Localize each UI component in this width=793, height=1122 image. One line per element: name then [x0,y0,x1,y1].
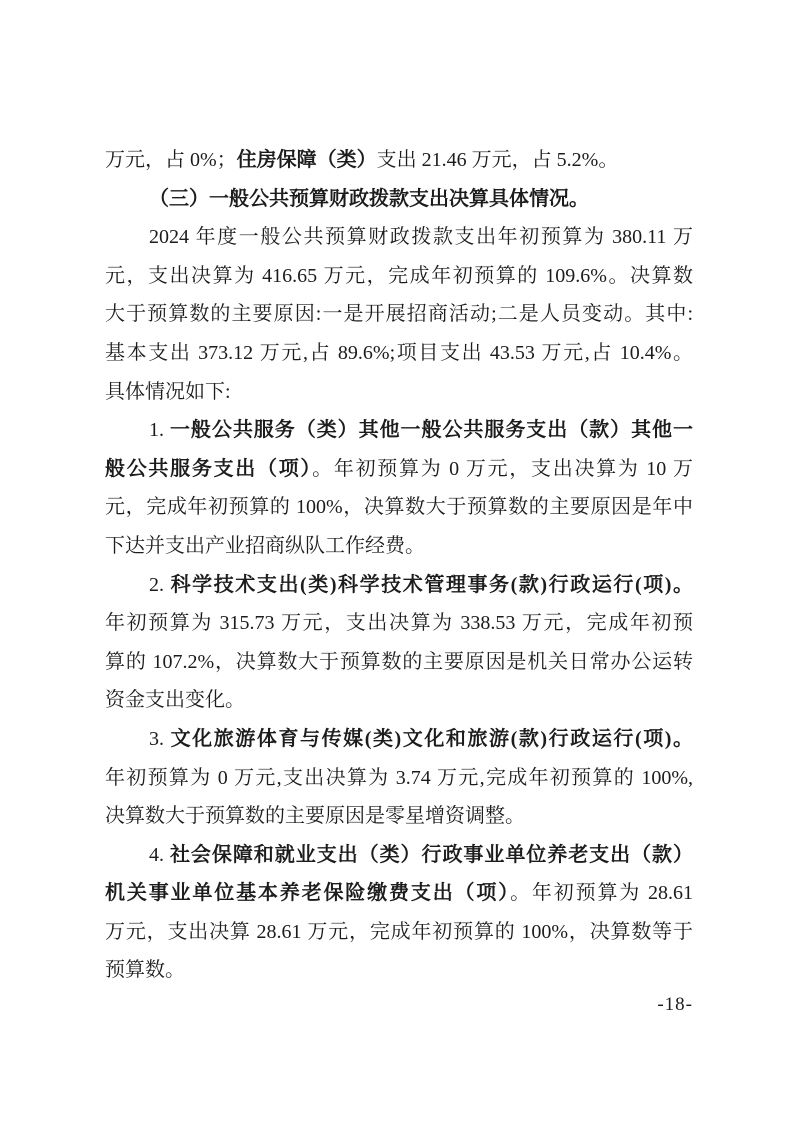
item-4-line-2: 机关事业单位基本养老保险缴费支出（项）。年初预算为 28.61 [105,874,693,913]
item-number-run: 1. [149,419,170,441]
bold-text-run: 一般公共服务（类）其他一般公共服务支出（款）其他一 [170,419,693,441]
text-run: 年初预算为 315.73 万元，支出决算为 338.53 万元，完成年初预 [105,612,693,634]
section-3-heading: （三）一般公共预算财政拨款支出决算具体情况。 [105,180,693,219]
page-number: -18- [105,993,693,1017]
bold-text-run: 科学技术支出(类)科学技术管理事务(款)行政运行(项)。 [171,574,693,596]
bold-text-run: 般公共服务支出（项） [105,458,312,480]
bold-text-run: 住房保障（类） [237,149,377,171]
item-number-run: 2. [149,574,171,596]
text-run: 预算数。 [105,959,185,981]
item-number-run: 4. [149,844,170,866]
item-2-line-4: 资金支出变化。 [105,681,693,720]
item-1-line-3: 元，完成年初预算的 100%，决算数大于预算数的主要原因是年中 [105,488,693,527]
text-run: 算的 107.2%，决算数大于预算数的主要原因是机关日常办公运转 [105,651,693,673]
overview-paragraph-line-3: 大于预算数的主要原因:一是开展招商活动;二是人员变动。其中: [105,295,693,334]
item-1-line-4: 下达并支出产业招商纵队工作经费。 [105,527,693,566]
text-run: 2024 年度一般公共预算财政拨款支出年初预算为 380.11 万 [149,226,693,248]
item-2-line-2: 年初预算为 315.73 万元，支出决算为 338.53 万元，完成年初预 [105,604,693,643]
item-2-line-3: 算的 107.2%，决算数大于预算数的主要原因是机关日常办公运转 [105,643,693,682]
text-run: 万元，占 0%； [105,149,237,171]
item-3-line-2: 年初预算为 0 万元,支出决算为 3.74 万元,完成年初预算的 100%, [105,759,693,798]
text-run: 。年初预算为 28.61 [510,882,693,904]
text-run: 决算数大于预算数的主要原因是零星增资调整。 [105,805,525,827]
text-run: 。年初预算为 0 万元，支出决算为 10 万 [312,458,693,480]
item-1-line-2: 般公共服务支出（项）。年初预算为 0 万元，支出决算为 10 万 [105,450,693,489]
overview-paragraph-line-2: 元，支出决算为 416.65 万元，完成年初预算的 109.6%。决算数 [105,257,693,296]
item-1-line-1: 1. 一般公共服务（类）其他一般公共服务支出（款）其他一 [105,411,693,450]
text-run: 支出 21.46 万元，占 5.2%。 [377,149,619,171]
item-2-line-1: 2. 科学技术支出(类)科学技术管理事务(款)行政运行(项)。 [105,566,693,605]
item-3-line-3: 决算数大于预算数的主要原因是零星增资调整。 [105,797,693,836]
text-run: 下达并支出产业招商纵队工作经费。 [105,535,425,557]
text-run: 元，完成年初预算的 100%，决算数大于预算数的主要原因是年中 [105,496,693,518]
item-3-line-1: 3. 文化旅游体育与传媒(类)文化和旅游(款)行政运行(项)。 [105,720,693,759]
text-run: 具体情况如下: [105,381,231,403]
overview-paragraph-line-4: 基本支出 373.12 万元,占 89.6%;项目支出 43.53 万元,占 1… [105,334,693,373]
text-run: 年初预算为 0 万元,支出决算为 3.74 万元,完成年初预算的 100%, [105,767,693,789]
item-4-line-3: 万元，支出决算 28.61 万元，完成年初预算的 100%，决算数等于 [105,913,693,952]
prev-paragraph-tail-line: 万元，占 0%；住房保障（类）支出 21.46 万元，占 5.2%。 [105,141,693,180]
item-4-line-4: 预算数。 [105,951,693,990]
text-run: 万元，支出决算 28.61 万元，完成年初预算的 100%，决算数等于 [105,921,693,943]
text-run: 大于预算数的主要原因:一是开展招商活动;二是人员变动。其中: [105,303,693,325]
heading-text-run: （三）一般公共预算财政拨款支出决算具体情况。 [149,188,589,210]
bold-text-run: 社会保障和就业支出（类）行政事业单位养老支出（款） [170,844,693,866]
text-run: 基本支出 373.12 万元,占 89.6%;项目支出 43.53 万元,占 1… [105,342,693,364]
text-run: 资金支出变化。 [105,689,245,711]
bold-text-run: 机关事业单位基本养老保险缴费支出（项） [105,882,510,904]
overview-paragraph-line-1: 2024 年度一般公共预算财政拨款支出年初预算为 380.11 万 [105,218,693,257]
bold-text-run: 文化旅游体育与传媒(类)文化和旅游(款)行政运行(项)。 [171,728,693,750]
overview-paragraph-line-5: 具体情况如下: [105,373,693,412]
document-page: 万元，占 0%；住房保障（类）支出 21.46 万元，占 5.2%。 （三）一般… [0,0,793,1122]
text-run: 元，支出决算为 416.65 万元，完成年初预算的 109.6%。决算数 [105,265,693,287]
item-number-run: 3. [149,728,171,750]
item-4-line-1: 4. 社会保障和就业支出（类）行政事业单位养老支出（款） [105,836,693,875]
